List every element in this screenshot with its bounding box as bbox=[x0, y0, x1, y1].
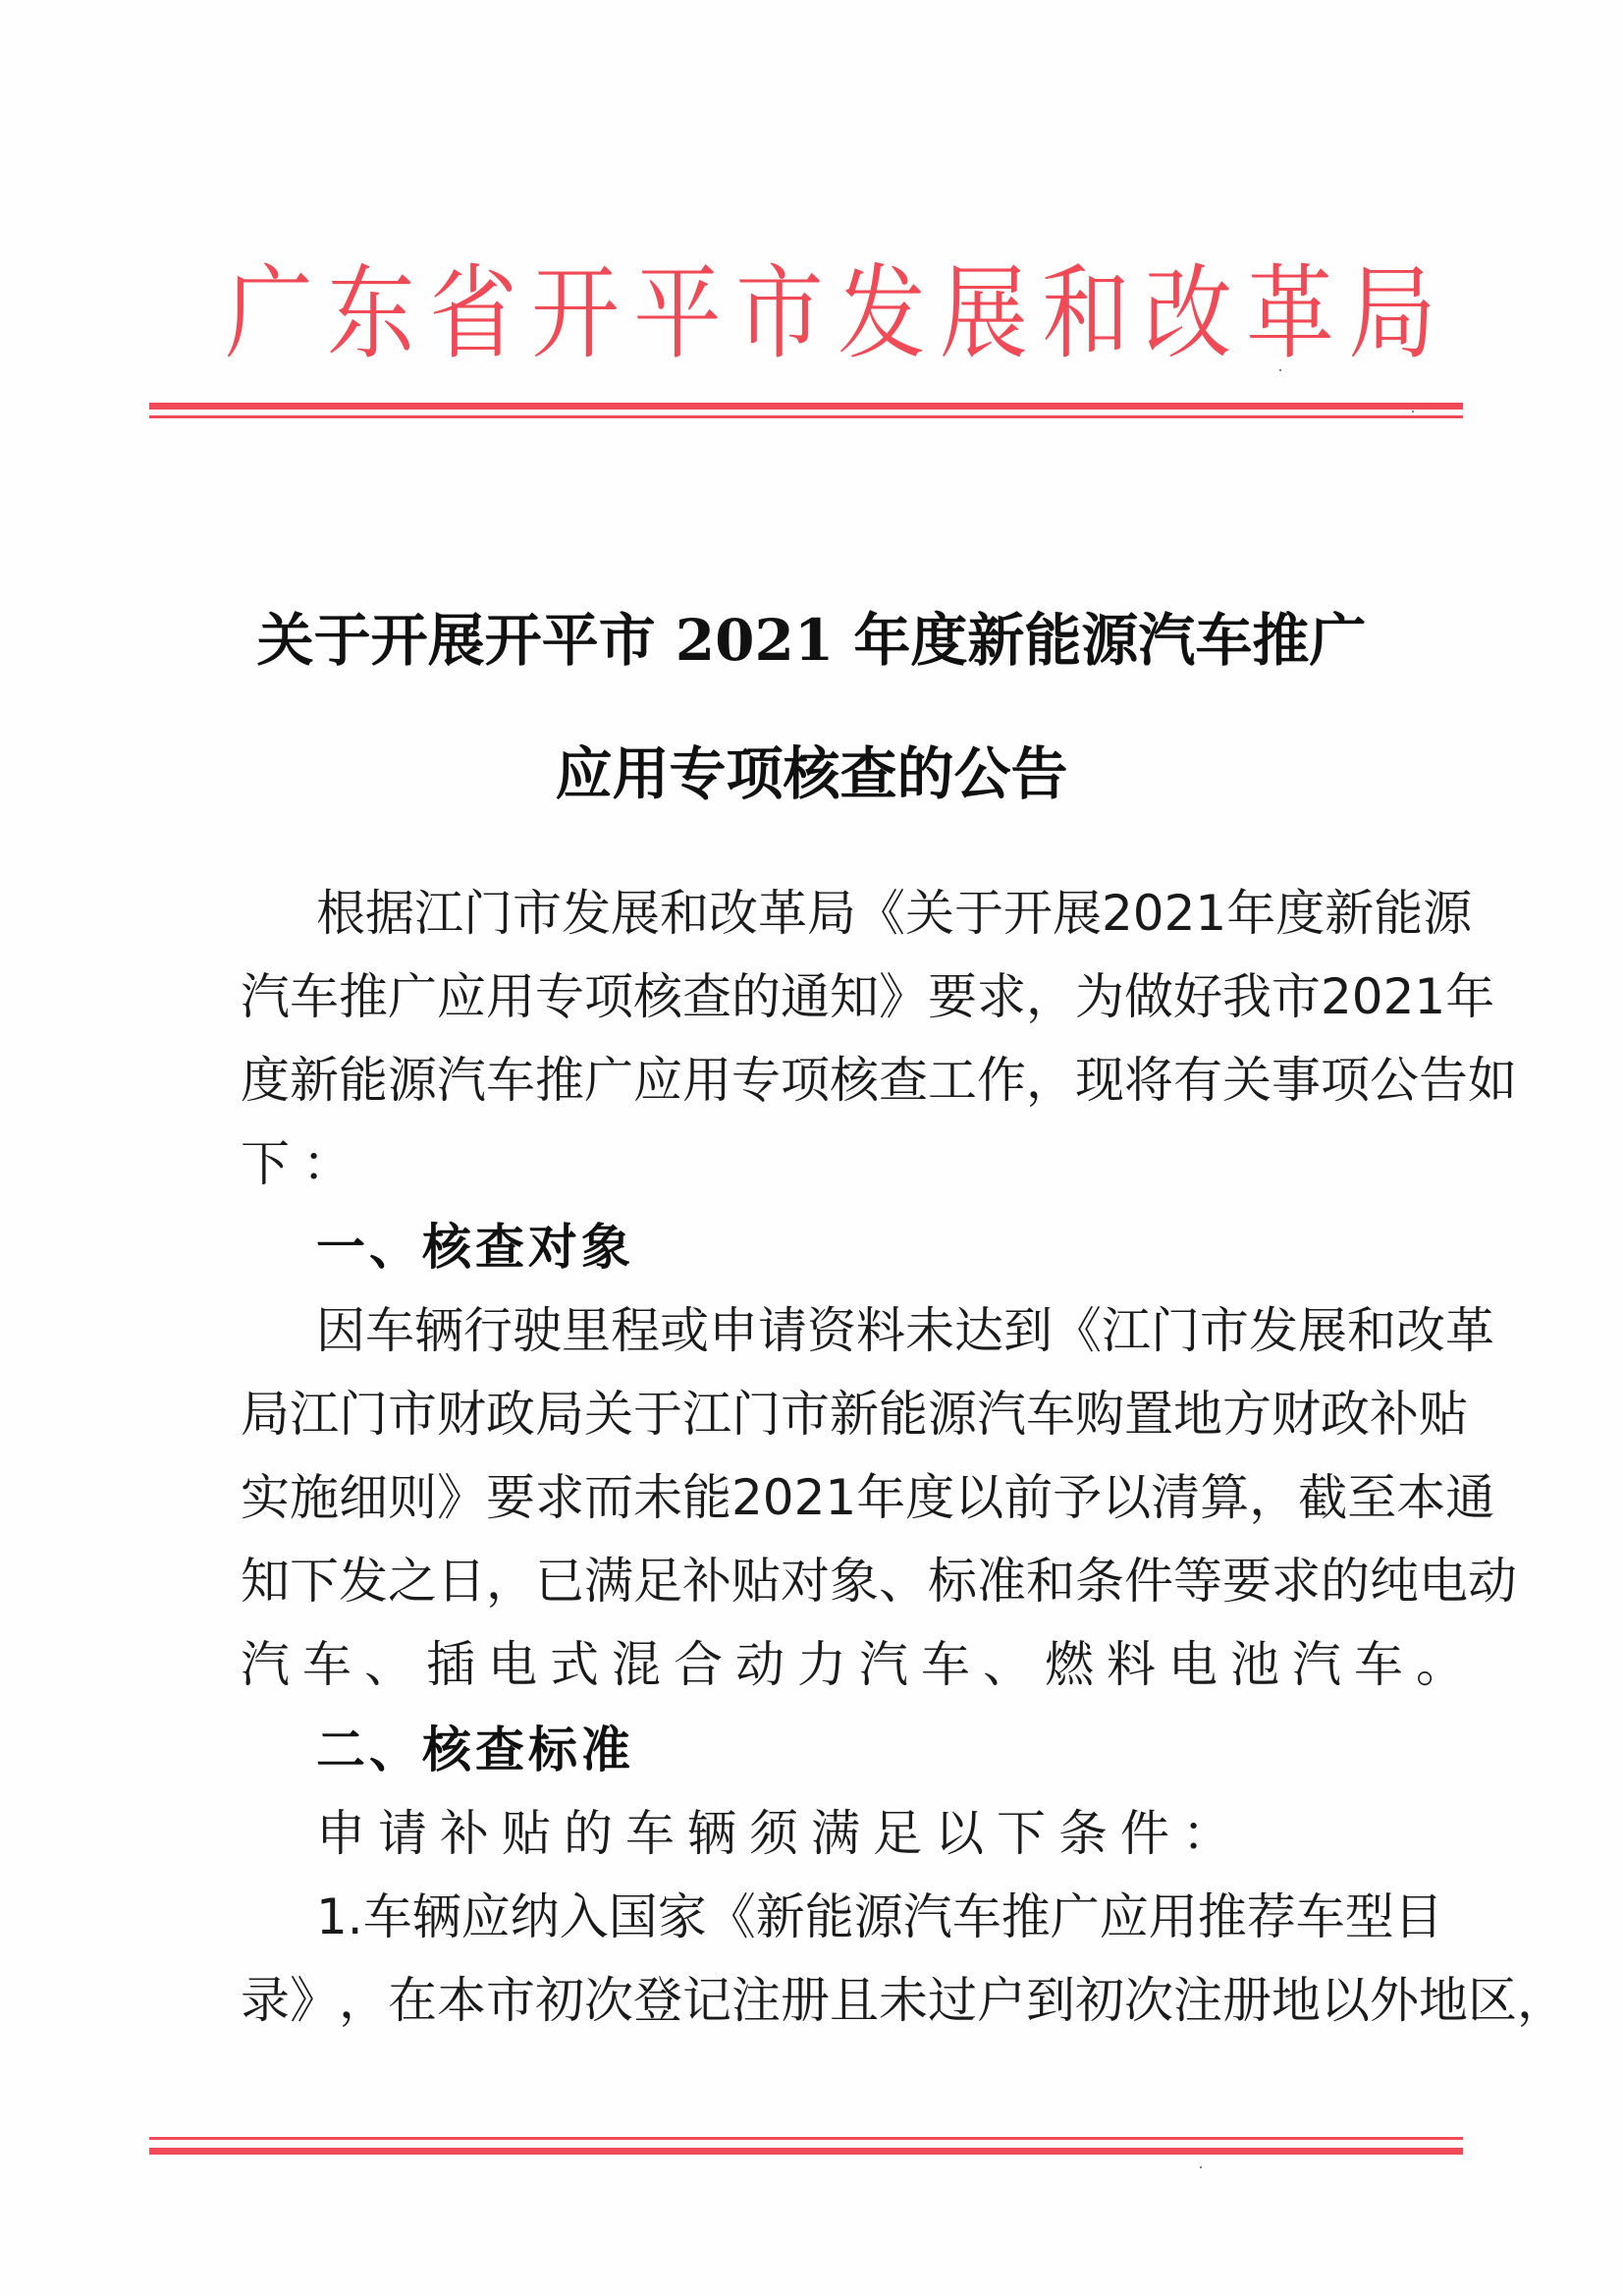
text-glyph: 知 bbox=[241, 1540, 290, 1623]
scan-speck bbox=[1412, 410, 1414, 412]
text-glyph: 和 bbox=[1347, 1289, 1396, 1373]
paragraph-line: 录》，在本市初次登记注册且未过户到初次注册地以外地区， bbox=[241, 1959, 1370, 2043]
text-glyph: 于 bbox=[954, 872, 1003, 956]
text-glyph: 汽 bbox=[241, 956, 290, 1039]
text-glyph: 局 bbox=[241, 1373, 290, 1456]
section-heading: 一、核查对象 bbox=[241, 1206, 1370, 1289]
text-glyph: 能 bbox=[1374, 872, 1423, 956]
text-glyph: 能 bbox=[682, 1456, 731, 1540]
text-glyph: 补 bbox=[1370, 1373, 1419, 1456]
text-glyph: 的 bbox=[731, 956, 781, 1039]
text-glyph: 作 bbox=[977, 1039, 1026, 1122]
text-glyph: 关 bbox=[584, 1373, 633, 1456]
text-glyph: 准 bbox=[977, 1540, 1026, 1623]
text-glyph: ， bbox=[339, 1959, 388, 2043]
masthead-glyph: 市 bbox=[735, 257, 823, 370]
text-glyph: 应 bbox=[1100, 1876, 1149, 1959]
masthead-glyph: 省 bbox=[429, 257, 516, 370]
document-page: 广东省开平市发展和改革局 关于开展开平市 2021 年度新能源汽车推广 应用专项… bbox=[0, 0, 1623, 2296]
paragraph-line: 1.车辆应纳入国家《新能源汽车推广应用推荐车型目 bbox=[241, 1876, 1370, 1959]
text-glyph: 家 bbox=[658, 1876, 707, 1959]
text-glyph: 方 bbox=[1222, 1373, 1271, 1456]
text-glyph: 能 bbox=[339, 1039, 388, 1122]
text-glyph: 的 bbox=[1321, 1540, 1370, 1623]
text-glyph: 入 bbox=[560, 1876, 609, 1959]
text-glyph: 《 bbox=[1053, 1289, 1102, 1373]
text-glyph: 市 bbox=[388, 1373, 437, 1456]
text-glyph: 改 bbox=[1396, 1289, 1445, 1373]
text-glyph: 查 bbox=[682, 956, 731, 1039]
text-glyph: 要 bbox=[1222, 1540, 1271, 1623]
text-glyph: 购 bbox=[1075, 1373, 1124, 1456]
text-glyph: 《 bbox=[707, 1876, 756, 1959]
text-glyph: 《 bbox=[856, 872, 905, 956]
text-glyph: 算 bbox=[1200, 1456, 1249, 1540]
text-glyph: 截 bbox=[1298, 1456, 1347, 1540]
text-glyph: 告 bbox=[1419, 1039, 1468, 1122]
text-glyph: 2021 bbox=[1102, 872, 1226, 956]
text-glyph: 门 bbox=[339, 1373, 388, 1456]
text-glyph: 汽 bbox=[977, 1373, 1026, 1456]
text-glyph: 贴 bbox=[731, 1540, 781, 1623]
text-glyph: 因 bbox=[316, 1289, 365, 1373]
text-glyph: 而 bbox=[584, 1456, 633, 1540]
text-glyph: 展 bbox=[611, 872, 660, 956]
text-glyph: 用 bbox=[682, 1039, 731, 1122]
text-glyph: 到 bbox=[1003, 1289, 1053, 1373]
text-glyph: 外 bbox=[1370, 1959, 1419, 2043]
text-glyph: 专 bbox=[535, 956, 584, 1039]
text-glyph: 发 bbox=[1249, 1289, 1298, 1373]
text-glyph: 申 bbox=[709, 1289, 758, 1373]
text-glyph: 江 bbox=[682, 1373, 731, 1456]
text-glyph: 地 bbox=[1173, 1373, 1222, 1456]
text-glyph: 源 bbox=[388, 1039, 437, 1122]
text-glyph: 度 bbox=[1275, 872, 1325, 956]
text-glyph: 现 bbox=[1075, 1039, 1124, 1122]
paragraph-line: 局江门市财政局关于江门市新能源汽车购置地方财政补贴 bbox=[241, 1373, 1370, 1456]
masthead-glyph: 和 bbox=[1042, 257, 1129, 370]
text-glyph: 则 bbox=[388, 1456, 437, 1540]
text-glyph: 电 bbox=[1419, 1540, 1468, 1623]
text-glyph: 门 bbox=[731, 1373, 781, 1456]
text-glyph: 展 bbox=[1053, 872, 1102, 956]
text-glyph: 过 bbox=[928, 1959, 977, 2043]
text-glyph: 项 bbox=[584, 956, 633, 1039]
text-glyph: 记 bbox=[682, 1959, 731, 2043]
text-glyph: ， bbox=[1517, 1959, 1566, 2043]
text-glyph: 里 bbox=[562, 1289, 611, 1373]
text-glyph: 改 bbox=[709, 872, 758, 956]
masthead-rule-thick bbox=[149, 403, 1463, 410]
masthead-glyph: 广 bbox=[225, 257, 312, 370]
section-2: 二、核查标准 申请补贴的车辆须满足以下条件： 1.车辆应纳入国家《新能源汽车推广… bbox=[241, 1709, 1370, 2043]
text-glyph: 知 bbox=[830, 956, 879, 1039]
text-glyph: ， bbox=[486, 1540, 535, 1623]
text-glyph: 源 bbox=[928, 1373, 977, 1456]
text-glyph: 能 bbox=[805, 1876, 854, 1959]
text-glyph: 贴 bbox=[1419, 1373, 1468, 1456]
text-glyph: 且 bbox=[830, 1959, 879, 2043]
text-glyph: 年 bbox=[1226, 872, 1275, 956]
text-glyph: 局 bbox=[535, 1373, 584, 1456]
text-glyph: 于 bbox=[633, 1373, 682, 1456]
text-glyph: 本 bbox=[1396, 1456, 1445, 1540]
text-glyph: 车 bbox=[486, 1039, 535, 1122]
text-glyph: 置 bbox=[1124, 1373, 1173, 1456]
text-glyph: 到 bbox=[1026, 1959, 1075, 2043]
text-glyph: 我 bbox=[1222, 956, 1271, 1039]
text-glyph: 新 bbox=[290, 1039, 339, 1122]
text-glyph: 登 bbox=[633, 1959, 682, 2043]
text-glyph: 推 bbox=[535, 1039, 584, 1122]
text-glyph: 等 bbox=[1173, 1540, 1222, 1623]
text-glyph: 或 bbox=[660, 1289, 709, 1373]
text-glyph: 请 bbox=[758, 1289, 807, 1373]
section-heading: 二、核查标准 bbox=[241, 1709, 1370, 1792]
text-glyph: 录 bbox=[241, 1959, 290, 2043]
text-glyph: 开 bbox=[1003, 872, 1053, 956]
text-glyph: 象 bbox=[830, 1540, 879, 1623]
text-glyph: 查 bbox=[879, 1039, 928, 1122]
text-glyph: 度 bbox=[905, 1456, 954, 1540]
text-glyph: 资 bbox=[807, 1289, 856, 1373]
paragraph-line: 下： bbox=[241, 1122, 1370, 1206]
text-glyph: 本 bbox=[437, 1959, 486, 2043]
text-glyph: 展 bbox=[1298, 1289, 1347, 1373]
text-glyph: 据 bbox=[365, 872, 414, 956]
text-glyph: 市 bbox=[1200, 1289, 1249, 1373]
text-glyph: 清 bbox=[1151, 1456, 1200, 1540]
text-glyph: 之 bbox=[388, 1540, 437, 1623]
text-glyph: 、 bbox=[879, 1540, 928, 1623]
text-glyph: 市 bbox=[1271, 956, 1321, 1039]
masthead-glyph: 革 bbox=[1246, 257, 1333, 370]
text-glyph: 次 bbox=[1124, 1959, 1173, 2043]
text-glyph: 和 bbox=[660, 872, 709, 956]
text-glyph: 用 bbox=[1149, 1876, 1198, 1959]
text-glyph: 2021 bbox=[731, 1456, 856, 1540]
text-glyph: 市 bbox=[486, 1959, 535, 2043]
text-glyph: 将 bbox=[1124, 1039, 1173, 1122]
text-glyph: 以 bbox=[1321, 1959, 1370, 2043]
text-glyph: 车 bbox=[365, 1289, 414, 1373]
text-glyph: 事 bbox=[1271, 1039, 1321, 1122]
text-glyph: 未 bbox=[879, 1959, 928, 2043]
text-glyph: 纳 bbox=[511, 1876, 560, 1959]
text-glyph: 2021 bbox=[1321, 956, 1445, 1039]
text-glyph: 以 bbox=[954, 1456, 1003, 1540]
text-glyph: 》 bbox=[879, 956, 928, 1039]
text-glyph: 初 bbox=[1075, 1959, 1124, 2043]
text-glyph: 实 bbox=[241, 1456, 290, 1540]
text-glyph: 如 bbox=[1468, 1039, 1517, 1122]
text-glyph: 市 bbox=[781, 1373, 830, 1456]
text-glyph: 区 bbox=[1468, 1959, 1517, 2043]
text-glyph: 汽 bbox=[903, 1876, 952, 1959]
text-glyph: 》 bbox=[290, 1959, 339, 2043]
text-glyph: 地 bbox=[1419, 1959, 1468, 2043]
text-glyph: 用 bbox=[486, 956, 535, 1039]
text-glyph: 好 bbox=[1173, 956, 1222, 1039]
paragraph-line: 根据江门市发展和改革局《关于开展2021年度新能源 bbox=[241, 872, 1370, 956]
text-glyph: 件 bbox=[1124, 1540, 1173, 1623]
text-glyph: 新 bbox=[830, 1373, 879, 1456]
text-glyph: 发 bbox=[339, 1540, 388, 1623]
text-glyph: 要 bbox=[486, 1456, 535, 1540]
text-glyph: 广 bbox=[584, 1039, 633, 1122]
text-glyph: 度 bbox=[241, 1039, 290, 1122]
text-glyph: 关 bbox=[1222, 1039, 1271, 1122]
text-glyph: 核 bbox=[633, 956, 682, 1039]
text-glyph: 条 bbox=[1075, 1540, 1124, 1623]
masthead-rule-thin bbox=[149, 415, 1463, 418]
text-glyph: 未 bbox=[905, 1289, 954, 1373]
text-glyph: 项 bbox=[781, 1039, 830, 1122]
text-glyph: 应 bbox=[633, 1039, 682, 1122]
text-glyph: 广 bbox=[388, 956, 437, 1039]
text-glyph: 补 bbox=[682, 1540, 731, 1623]
text-glyph: 型 bbox=[1345, 1876, 1394, 1959]
text-glyph: 年 bbox=[1445, 956, 1494, 1039]
document-title-line-1: 关于开展开平市 2021 年度新能源汽车推广 bbox=[0, 601, 1623, 680]
scan-speck bbox=[1279, 369, 1281, 371]
text-glyph: 初 bbox=[535, 1959, 584, 2043]
paragraph-line: 因车辆行驶里程或申请资料未达到《江门市发展和改革 bbox=[241, 1289, 1370, 1373]
text-glyph: 地 bbox=[1271, 1959, 1321, 2043]
text-glyph: 根 bbox=[316, 872, 365, 956]
text-glyph: 在 bbox=[388, 1959, 437, 2043]
masthead-glyph: 发 bbox=[838, 257, 925, 370]
text-glyph: 予 bbox=[1053, 1456, 1102, 1540]
text-glyph: 车 bbox=[1026, 1373, 1075, 1456]
text-glyph: 革 bbox=[758, 872, 807, 956]
masthead-glyph: 平 bbox=[633, 257, 721, 370]
text-glyph: 汽 bbox=[437, 1039, 486, 1122]
text-glyph: 以 bbox=[1102, 1456, 1151, 1540]
masthead-glyph: 局 bbox=[1348, 257, 1435, 370]
text-glyph: 广 bbox=[1051, 1876, 1100, 1959]
text-glyph: 册 bbox=[1222, 1959, 1271, 2043]
text-glyph: 有 bbox=[1173, 1039, 1222, 1122]
text-glyph: 政 bbox=[486, 1373, 535, 1456]
text-glyph: 册 bbox=[781, 1959, 830, 2043]
intro-paragraph: 根据江门市发展和改革局《关于开展2021年度新能源 汽车推广应用专项核查的通知》… bbox=[241, 872, 1370, 1206]
scan-speck bbox=[1200, 2166, 1202, 2168]
text-glyph: 江 bbox=[290, 1373, 339, 1456]
text-glyph: 推 bbox=[1198, 1876, 1247, 1959]
text-glyph: 注 bbox=[731, 1959, 781, 2043]
text-glyph: 施 bbox=[290, 1456, 339, 1540]
section-1: 一、核查对象 因车辆行驶里程或申请资料未达到《江门市发展和改革 局江门市财政局关… bbox=[241, 1206, 1370, 1707]
text-glyph: 标 bbox=[928, 1540, 977, 1623]
text-glyph: 细 bbox=[339, 1456, 388, 1540]
text-glyph: 通 bbox=[781, 956, 830, 1039]
text-glyph: 已 bbox=[535, 1540, 584, 1623]
text-glyph: 日 bbox=[437, 1540, 486, 1623]
paragraph-line: 知下发之日，已满足补贴对象、标准和条件等要求的纯电动 bbox=[241, 1540, 1370, 1623]
text-glyph: 1. bbox=[316, 1876, 363, 1959]
text-glyph: 项 bbox=[1321, 1039, 1370, 1122]
text-glyph: 市 bbox=[513, 872, 562, 956]
text-glyph: 能 bbox=[879, 1373, 928, 1456]
text-glyph: 》 bbox=[437, 1456, 486, 1540]
text-glyph: 门 bbox=[463, 872, 513, 956]
text-glyph: ， bbox=[1026, 1039, 1075, 1122]
masthead-glyph: 开 bbox=[531, 257, 619, 370]
text-glyph: 程 bbox=[611, 1289, 660, 1373]
text-glyph: 新 bbox=[1325, 872, 1374, 956]
text-glyph: 核 bbox=[830, 1039, 879, 1122]
text-glyph: 公 bbox=[1370, 1039, 1419, 1122]
text-glyph: 车 bbox=[952, 1876, 1001, 1959]
text-glyph: 通 bbox=[1445, 1456, 1494, 1540]
text-glyph: 和 bbox=[1026, 1540, 1075, 1623]
text-glyph: 注 bbox=[1173, 1959, 1222, 2043]
text-glyph: 求 bbox=[977, 956, 1026, 1039]
text-glyph: 为 bbox=[1075, 956, 1124, 1039]
text-glyph: 应 bbox=[437, 956, 486, 1039]
text-glyph: ， bbox=[1249, 1456, 1298, 1540]
text-glyph: 江 bbox=[1102, 1289, 1151, 1373]
text-glyph: 户 bbox=[977, 1959, 1026, 2043]
text-glyph: 做 bbox=[1124, 956, 1173, 1039]
text-glyph: 专 bbox=[731, 1039, 781, 1122]
text-glyph: 局 bbox=[807, 872, 856, 956]
text-glyph: 应 bbox=[461, 1876, 511, 1959]
text-glyph: 财 bbox=[1271, 1373, 1321, 1456]
text-glyph: ， bbox=[1026, 956, 1075, 1039]
text-glyph: 料 bbox=[856, 1289, 905, 1373]
text-glyph: 满 bbox=[584, 1540, 633, 1623]
text-glyph: 工 bbox=[928, 1039, 977, 1122]
text-glyph: 源 bbox=[854, 1876, 903, 1959]
text-glyph: 纯 bbox=[1370, 1540, 1419, 1623]
text-glyph: 对 bbox=[781, 1540, 830, 1623]
text-glyph: 未 bbox=[633, 1456, 682, 1540]
text-glyph: 行 bbox=[463, 1289, 513, 1373]
masthead-glyph: 展 bbox=[940, 257, 1027, 370]
text-glyph: 推 bbox=[339, 956, 388, 1039]
text-glyph: 动 bbox=[1468, 1540, 1517, 1623]
masthead-org-name: 广东省开平市发展和改革局 bbox=[218, 257, 1406, 370]
text-glyph: 源 bbox=[1423, 872, 1472, 956]
masthead-glyph: 东 bbox=[327, 257, 414, 370]
text-glyph: 次 bbox=[584, 1959, 633, 2043]
text-glyph: 车 bbox=[1296, 1876, 1345, 1959]
text-glyph: 车 bbox=[290, 956, 339, 1039]
document-title-line-2: 应用专项核查的公告 bbox=[0, 735, 1623, 813]
text-glyph: 辆 bbox=[414, 1289, 463, 1373]
text-glyph: 目 bbox=[1394, 1876, 1443, 1959]
text-glyph: 年 bbox=[856, 1456, 905, 1540]
text-glyph: 至 bbox=[1347, 1456, 1396, 1540]
text-glyph: 达 bbox=[954, 1289, 1003, 1373]
masthead-glyph: 改 bbox=[1144, 257, 1231, 370]
text-glyph: 江 bbox=[414, 872, 463, 956]
footer-rule-thick bbox=[149, 2148, 1463, 2155]
text-glyph: 足 bbox=[633, 1540, 682, 1623]
text-glyph: 新 bbox=[756, 1876, 805, 1959]
text-glyph: 车 bbox=[363, 1876, 412, 1959]
text-glyph: 荐 bbox=[1247, 1876, 1296, 1959]
text-glyph: 要 bbox=[928, 956, 977, 1039]
paragraph-line: 度新能源汽车推广应用专项核查工作，现将有关事项公告如 bbox=[241, 1039, 1370, 1122]
text-glyph: 发 bbox=[562, 872, 611, 956]
text-glyph: 驶 bbox=[513, 1289, 562, 1373]
text-glyph: 财 bbox=[437, 1373, 486, 1456]
paragraph-line: 实施细则》要求而未能2021年度以前予以清算，截至本通 bbox=[241, 1456, 1370, 1540]
text-glyph: 下 bbox=[290, 1540, 339, 1623]
text-glyph: 关 bbox=[905, 872, 954, 956]
paragraph-line: 汽车、插电式混合动力汽车、燃料电池汽车。 bbox=[241, 1623, 1370, 1707]
footer-rule-thin bbox=[149, 2137, 1463, 2140]
text-glyph: 门 bbox=[1151, 1289, 1200, 1373]
text-glyph: 政 bbox=[1321, 1373, 1370, 1456]
text-glyph: 求 bbox=[1271, 1540, 1321, 1623]
text-glyph: 推 bbox=[1001, 1876, 1051, 1959]
text-glyph: 革 bbox=[1445, 1289, 1494, 1373]
text-glyph: 求 bbox=[535, 1456, 584, 1540]
text-glyph: 辆 bbox=[412, 1876, 461, 1959]
text-glyph: 前 bbox=[1003, 1456, 1053, 1540]
paragraph-line: 申请补贴的车辆须满足以下条件： bbox=[241, 1792, 1370, 1876]
paragraph-line: 汽车推广应用专项核查的通知》要求，为做好我市2021年 bbox=[241, 956, 1370, 1039]
text-glyph: 国 bbox=[609, 1876, 658, 1959]
